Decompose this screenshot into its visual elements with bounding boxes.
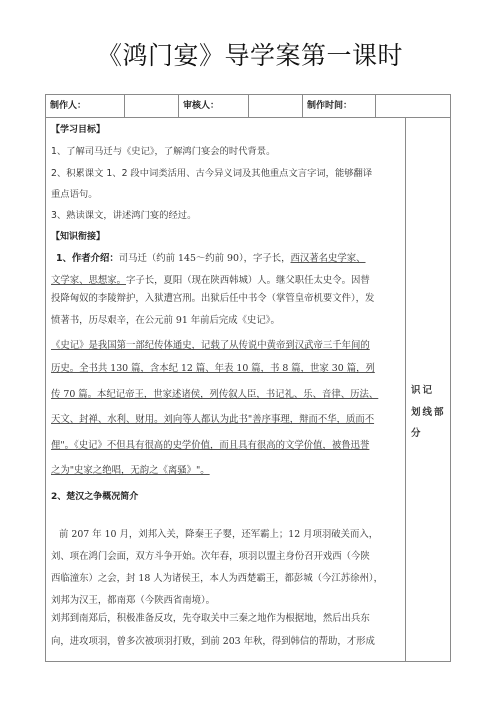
objective-item: 2、积累课文 1、2 段中词类活用、古今异义词及其他重点文言字词，能够翻译 <box>51 165 372 179</box>
objective-item: 3、熟读课文，讲述鸿门宴的经过。 <box>51 207 196 221</box>
author-text: 司马迁（约前 145～约前 90），字子长， <box>119 253 291 264</box>
worksheet-table: 制作人： 审核人： 制作时间： 【学习目标】 1、了解司马迁与《史记》，了解鸿门… <box>45 94 451 662</box>
chuhan-line: 西临潼东）之会，封 18 人为诸侯王，本人为西楚霸王，都彭城（今江苏徐州）， <box>51 570 383 584</box>
shiji-line: 传 70 篇。本纪记帝王，世家述诸侯，列传叙人臣，书记礼、乐、音律、历法、 <box>51 386 378 400</box>
chuhan-line: 刘、项在鸿门会面，双方斗争开始。次年春，项羽以盟主身份召开戏西（今陕 <box>51 548 370 562</box>
time-value[interactable] <box>376 95 451 117</box>
side-note: 分 <box>411 425 423 439</box>
author-intro-line: 投降匈奴的李陵辩护，入狱遭宫刑。出狱后任中书令（掌管皇帝机要文件），发 <box>51 290 374 304</box>
objective-item: 重点语句。 <box>51 186 98 200</box>
author-underlined: 文学家、思想家。 <box>51 275 126 286</box>
author-label: 1、作者介绍： <box>51 253 119 264</box>
chuhan-line: 向，进攻项羽，曾多次被项羽打败，到前 203 年秋，得到韩信的帮助，才形成 <box>51 633 375 647</box>
shiji-line: 天文、封禅、水利、财用。刘向等人都认为此书"善序事理，辩而不华，质而不 <box>51 411 374 425</box>
shiji-line: 之为"史家之绝唱，无韵之《离骚》"。 <box>51 462 210 476</box>
author-intro-line: 1、作者介绍：司马迁（约前 145～约前 90），字子长，西汉著名史学家、 <box>51 250 366 264</box>
column-divider <box>405 118 406 662</box>
author-intro-line: 愤著书，历尽艰辛，在公元前 91 年前后完成《史记》。 <box>51 312 280 326</box>
chuhan-line: 前 207 年 10 月，刘邦入关，降秦王子婴，还军霸上；12 月项羽破关而入， <box>51 526 378 540</box>
reviewer-label: 审核人： <box>179 95 249 117</box>
author-intro-line: 文学家、思想家。字子长，夏阳（现在陕西韩城）人。继父职任太史令。因替 <box>51 272 370 286</box>
shiji-line: 历史。全书共 130 篇，含本纪 12 篇、年表 10 篇，书 8 篇，世家 3… <box>51 360 375 374</box>
maker-value[interactable] <box>125 95 179 117</box>
shiji-line: 《史记》是我国第一部纪传体通史，记载了从传说中黄帝到汉武帝三千年间的 <box>51 337 370 351</box>
chuhan-heading: 2、楚汉之争概况简介 <box>51 489 138 502</box>
header-row: 制作人： 审核人： 制作时间： <box>46 95 450 118</box>
knowledge-heading: 【知识衔接】 <box>51 229 105 242</box>
maker-label: 制作人： <box>46 95 125 117</box>
shiji-line: 俚"。《史记》不但具有很高的史学价值，而且具有很高的文学价值，被鲁迅誉 <box>51 437 369 451</box>
author-text: 字子长，夏阳（现在陕西韩城）人。继父职任太史令。因替 <box>126 275 370 286</box>
objectives-heading: 【学习目标】 <box>51 122 105 135</box>
page-title: 《鸿门宴》导学案第一课时 <box>0 36 500 72</box>
side-note: 识记 <box>411 382 434 396</box>
reviewer-value[interactable] <box>249 95 303 117</box>
chuhan-line: 刘邦为汉王，都南郑（今陕西省南境）。 <box>51 592 215 606</box>
objective-item: 1、了解司马迁与《史记》，了解鸿门宴会的时代背景。 <box>51 143 275 157</box>
chuhan-line: 刘邦到南郑后，积极准备反攻，先夺取关中三秦之地作为根据地，然后出兵东 <box>51 610 370 624</box>
side-note: 划线部 <box>411 404 446 418</box>
time-label: 制作时间： <box>303 95 376 117</box>
author-underlined: 西汉著名史学家、 <box>291 253 366 264</box>
